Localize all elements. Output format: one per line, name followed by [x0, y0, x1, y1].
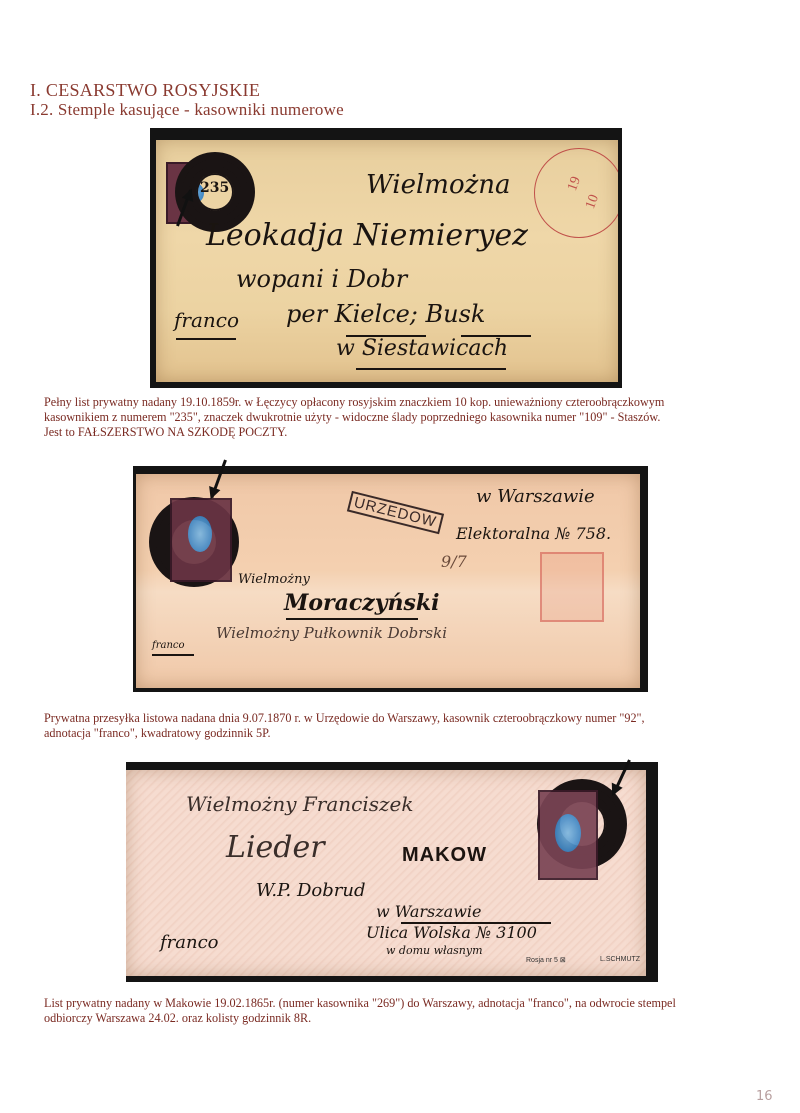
cover-2-line-5: Moraczyński [284, 590, 440, 616]
page-number: 16 [756, 1089, 773, 1104]
cover-2-stamp [170, 498, 232, 582]
cover-1-envelope: 235 19 10 Wielmożna Leokadja Niemieryez … [156, 140, 618, 382]
cover-1-red-postmark [534, 148, 618, 238]
cover-1-caption-line-1: Pełny list prywatny nadany 19.10.1859r. … [44, 395, 664, 410]
cover-3-envelope: Wielmożny Franciszek Lieder MAKOW W.P. D… [126, 770, 646, 976]
cover-3-line-1: Wielmożny Franciszek [186, 792, 414, 816]
cover-2-caption-line-1: Prywatna przesyłka listowa nadana dnia 9… [44, 711, 645, 726]
cover-2-line-3: 9/7 [441, 552, 467, 571]
cover-3-line-6: w domu własnym [386, 944, 483, 957]
cover-2-envelope: URZEDOW w Warszawie Elektoralna № 758. 9… [136, 474, 640, 688]
cover-1-line-4: per Kielce; Busk [286, 300, 485, 328]
cover-2-line-4: Wielmożny [238, 572, 310, 587]
cover-3-caption-line-2: odbiorczy Warszawa 24.02. oraz kolisty g… [44, 1011, 311, 1026]
cover-1-line-2: Leokadja Niemieryez [206, 218, 528, 253]
cover-3-line-5: Ulica Wolska № 3100 [366, 923, 537, 942]
cover-2-line-6: Wielmożny Pułkownik Dobrski [216, 624, 447, 642]
cover-2-line-franco: franco [152, 640, 185, 651]
cover-1-line-franco: franco [174, 308, 239, 332]
cover-3-line-franco: franco [160, 932, 219, 953]
cover-1-line-3: wopani i Dobr [236, 265, 407, 293]
cover-2-caption-line-2: adnotacja "franco", kwadratowy godzinnik… [44, 726, 271, 741]
cover-3-line-4: w Warszawie [376, 902, 481, 921]
section-title: I. CESARSTWO ROSYJSKIE [30, 80, 260, 101]
cover-1-cancel-number: 235 [200, 180, 229, 196]
cover-2-box-stamp: URZEDOW [347, 491, 444, 534]
section-subtitle: I.2. Stemple kasujące - kasowniki numero… [30, 100, 344, 120]
cover-1-caption-line-2: kasownikiem z numerem "235", znaczek dwu… [44, 410, 660, 425]
cover-1-line-1: Wielmożna [366, 170, 511, 200]
cover-1-line-5: w Siestawicach [336, 336, 508, 361]
cover-2-line-1: w Warszawie [476, 486, 595, 507]
cover-1-caption-line-3: Jest to FAŁSZERSTWO NA SZKODĘ POCZTY. [44, 425, 287, 440]
cover-3-signature-label: L.SCHMUTZ [600, 956, 640, 963]
cover-3-caption-line-1: List prywatny nadany w Makowie 19.02.186… [44, 996, 676, 1011]
cover-3-line-stamp: MAKOW [402, 844, 487, 867]
cover-2-red-square-postmark [540, 552, 604, 622]
cover-3-stamp [538, 790, 598, 880]
cover-3-album-label: Rosja nr 5 ⊠ [526, 956, 566, 964]
cover-3-line-2: Lieder [226, 830, 325, 865]
cover-2-line-2: Elektoralna № 758. [456, 524, 611, 543]
cover-3-line-3: W.P. Dobrud [256, 880, 366, 901]
